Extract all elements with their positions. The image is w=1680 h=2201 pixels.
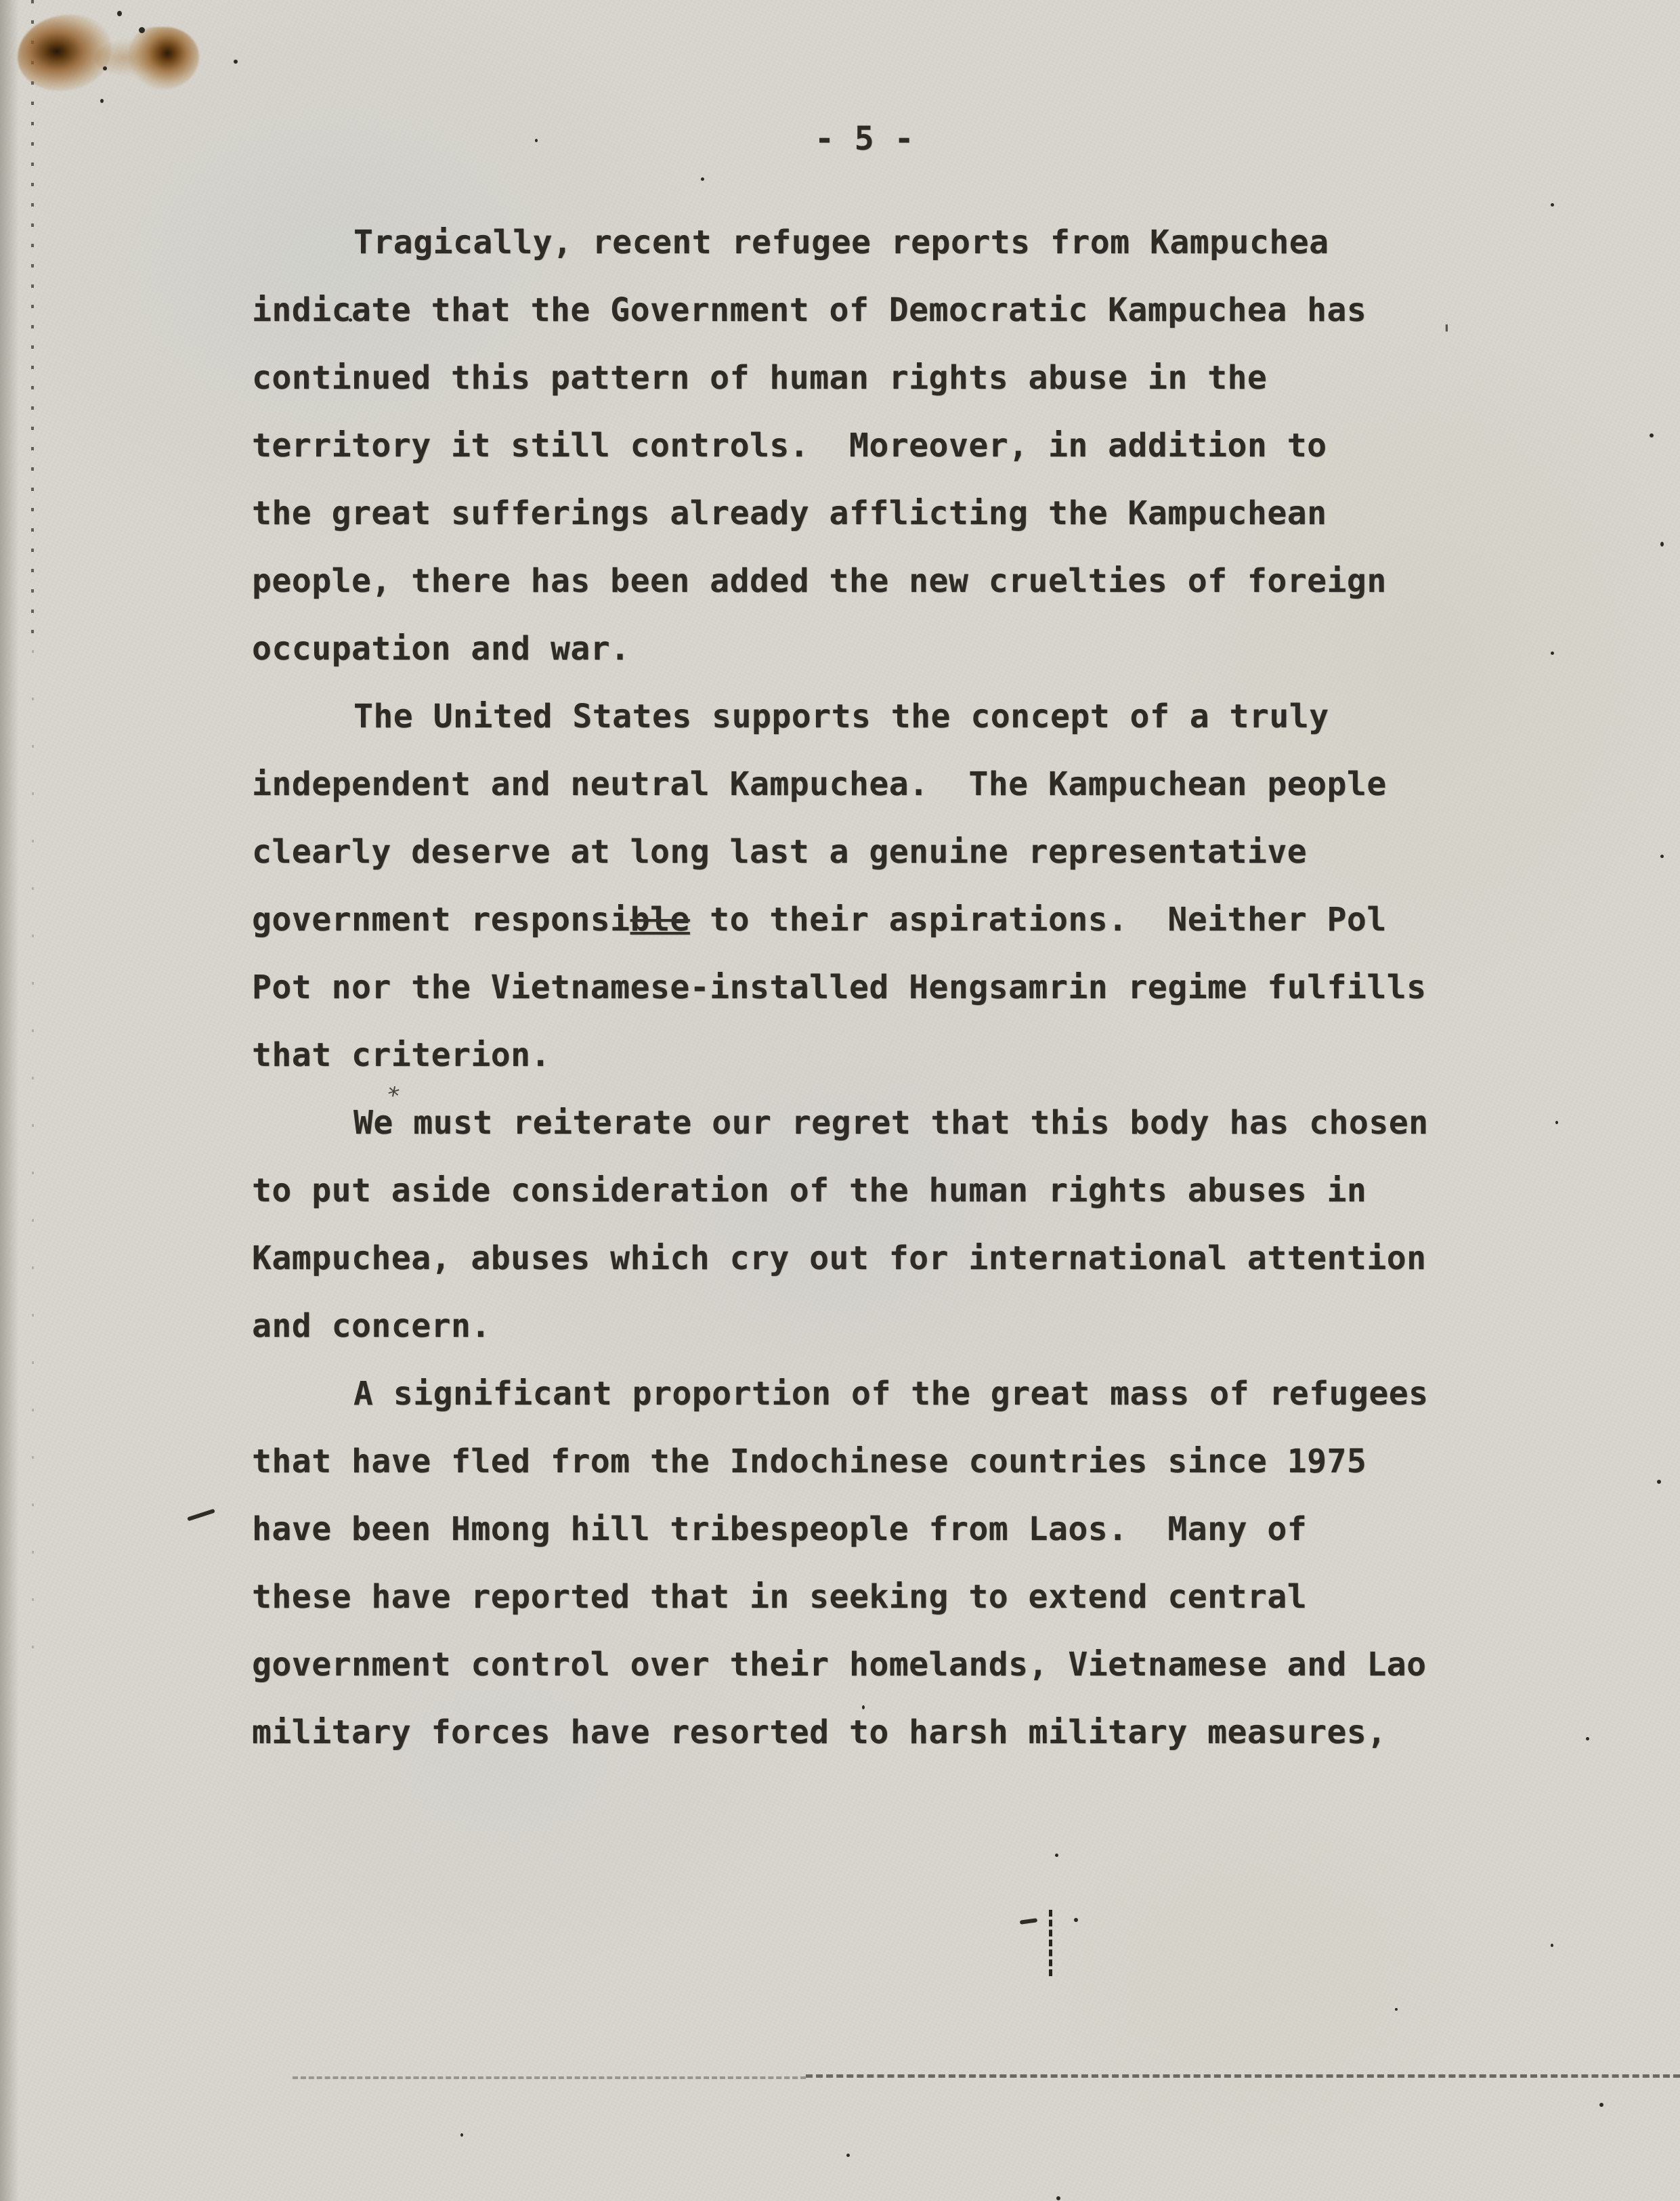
paper-speck: [1660, 542, 1664, 547]
paper-speck: [1551, 1944, 1553, 1947]
text-line: continued this pattern of human rights a…: [252, 344, 1579, 412]
paper-speck: [1586, 1737, 1589, 1740]
paper-speck: [1650, 433, 1654, 437]
text-line: A significant proportion of the great ma…: [252, 1360, 1579, 1428]
pen-tick-after-has: ': [1439, 320, 1455, 349]
pen-dash-mark-lower-right: [1020, 1918, 1038, 1925]
text-line: that have fled from the Indochinese coun…: [252, 1428, 1579, 1495]
text-line: and concern.: [252, 1292, 1579, 1360]
text-line: territory it still controls. Moreover, i…: [252, 412, 1579, 479]
document-page: - 5 - Tragically, recent refugee reports…: [0, 0, 1680, 2201]
page-number: - 5 -: [815, 105, 914, 173]
text-line: independent and neutral Kampuchea. The K…: [252, 750, 1579, 818]
paper-speck: [1599, 2103, 1603, 2107]
pen-vertical-mark: [1049, 1910, 1052, 1976]
paper-speck: [535, 139, 538, 142]
paper-speck: [103, 66, 107, 70]
left-perforation-dots-lower: [32, 650, 34, 1666]
text-line: We must reiterate our regret that this b…: [252, 1089, 1579, 1157]
text-line: the great sufferings already afflicting …: [252, 479, 1579, 547]
paper-speck: [1055, 1854, 1058, 1857]
text-line: have been Hmong hill tribespeople from L…: [252, 1495, 1579, 1563]
paper-speck: [1660, 855, 1664, 858]
text-run: to their aspirations. Neither Pol: [690, 901, 1387, 939]
text-line: Kampuchea, abuses which cry out for inte…: [252, 1224, 1579, 1292]
paper-speck: [1056, 2196, 1060, 2200]
text-line: The United States supports the concept o…: [252, 683, 1579, 750]
paper-speck: [100, 99, 104, 103]
rust-stain-small: [129, 27, 199, 89]
paper-speck: [1395, 2008, 1398, 2011]
paper-speck: [117, 11, 122, 16]
left-perforation-dots: [31, 0, 34, 650]
text-line: to put aside consideration of the human …: [252, 1157, 1579, 1224]
text-line: clearly deserve at long last a genuine r…: [252, 818, 1579, 886]
paper-speck: [1657, 1480, 1661, 1484]
text-line: occupation and war.: [252, 615, 1579, 683]
text-run: government responsi: [252, 901, 630, 939]
paper-speck: [701, 177, 704, 181]
text-line: Pot nor the Vietnamese-installed Hengsam…: [252, 954, 1579, 1021]
scanned-document: { "page": { "number_label": "- 5 -" }, "…: [0, 0, 1680, 2201]
text-line: Tragically, recent refugee reports from …: [252, 209, 1579, 276]
text-line: that criterion.: [252, 1021, 1579, 1089]
text-line: people, there has been added the new cru…: [252, 547, 1579, 615]
bottom-fold-line-left: [293, 2076, 806, 2079]
text-line: government control over their homelands,…: [252, 1631, 1579, 1698]
text-line: indicate that the Government of Democrat…: [252, 276, 1579, 344]
paper-speck: [139, 27, 145, 33]
paper-speck: [234, 60, 238, 64]
page-left-edge-shadow: [0, 0, 19, 2201]
overstruck-text: ble: [630, 901, 690, 939]
text-line: military forces have resorted to harsh m…: [252, 1698, 1579, 1766]
paper-speck: [846, 2154, 850, 2157]
document-text: Tragically, recent refugee reports from …: [252, 209, 1579, 1766]
pen-dash-mark-left-margin: [187, 1509, 215, 1522]
paper-speck: [460, 2133, 463, 2137]
text-line: these have reported that in seeking to e…: [252, 1563, 1579, 1631]
bottom-fold-line-right: [806, 2074, 1680, 2078]
text-line: government responsible to their aspirati…: [252, 886, 1579, 954]
paper-speck: [1551, 203, 1554, 207]
paper-speck: [1074, 1918, 1078, 1922]
